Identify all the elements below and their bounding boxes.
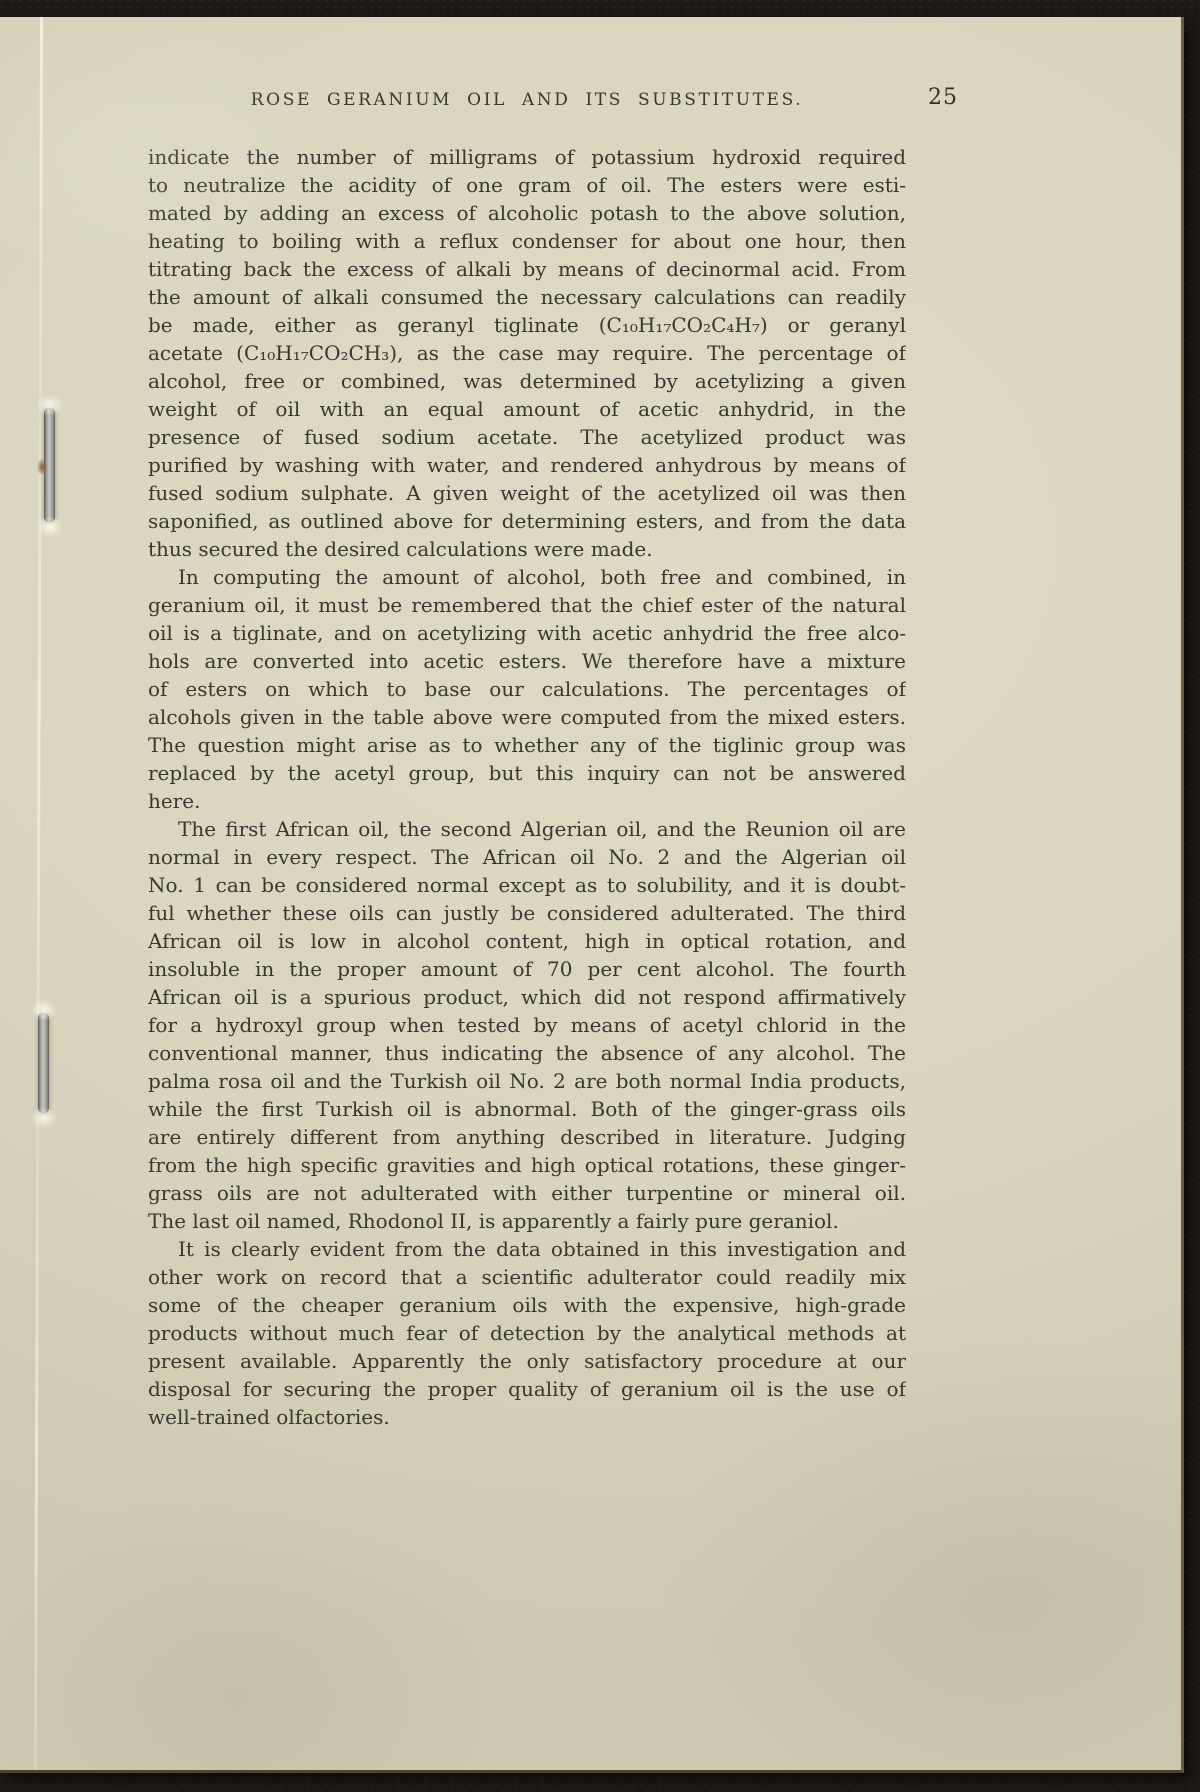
rust-spot: [37, 459, 47, 475]
text-line: fused sodium sulphate. A given weight of…: [148, 479, 906, 507]
paragraph: indicate the number of milligrams of pot…: [148, 143, 906, 563]
paragraph: It is clearly evident from the data obta…: [148, 1235, 906, 1431]
text-line: No. 1 can be considered normal except as…: [148, 871, 906, 899]
text-line: African oil is a spurious product, which…: [148, 983, 906, 1011]
text-line: mated by adding an excess of alcoholic p…: [148, 199, 906, 227]
text-line: acetate (C₁₀H₁₇CO₂CH₃), as the case may …: [148, 339, 906, 367]
text-line: African oil is low in alcohol content, h…: [148, 927, 906, 955]
text-line: weight of oil with an equal amount of ac…: [148, 395, 906, 423]
paragraph: The first African oil, the second Algeri…: [148, 815, 906, 1235]
text-line: In computing the amount of alcohol, both…: [148, 563, 906, 591]
text-line: The last oil named, Rhodonol II, is appa…: [148, 1207, 906, 1235]
text-line: the amount of alkali consumed the necess…: [148, 283, 906, 311]
text-line: normal in every respect. The African oil…: [148, 843, 906, 871]
book-page: ROSE GERANIUM OIL AND ITS SUBSTITUTES. 2…: [0, 17, 1184, 1773]
text-line: It is clearly evident from the data obta…: [148, 1235, 906, 1263]
paragraph: In computing the amount of alcohol, both…: [148, 563, 906, 815]
text-line: replaced by the acetyl group, but this i…: [148, 759, 906, 787]
text-line: palma rosa oil and the Turkish oil No. 2…: [148, 1067, 906, 1095]
text-line: alcohol, free or combined, was determine…: [148, 367, 906, 395]
text-line: other work on record that a scientific a…: [148, 1263, 906, 1291]
text-line: The first African oil, the second Algeri…: [148, 815, 906, 843]
running-head: ROSE GERANIUM OIL AND ITS SUBSTITUTES.: [148, 90, 906, 110]
page-number: 25: [918, 85, 968, 110]
text-line: insoluble in the proper amount of 70 per…: [148, 955, 906, 983]
text-line: heating to boiling with a reflux condens…: [148, 227, 906, 255]
text-line: The question might arise as to whether a…: [148, 731, 906, 759]
text-line: some of the cheaper geranium oils with t…: [148, 1291, 906, 1319]
text-line: well-trained olfactories.: [148, 1403, 906, 1431]
crease-line: [34, 17, 43, 1770]
staple-bottom-icon: [38, 1013, 49, 1113]
text-line: grass oils are not adulterated with eith…: [148, 1179, 906, 1207]
text-line: present available. Apparently the only s…: [148, 1347, 906, 1375]
text-line: oil is a tiglinate, and on acetylizing w…: [148, 619, 906, 647]
scanned-page-photo: ROSE GERANIUM OIL AND ITS SUBSTITUTES. 2…: [0, 0, 1200, 1792]
text-line: indicate the number of milligrams of pot…: [148, 143, 906, 171]
text-line: alcohols given in the table above were c…: [148, 703, 906, 731]
text-line: disposal for securing the proper quality…: [148, 1375, 906, 1403]
text-line: conventional manner, thus indicating the…: [148, 1039, 906, 1067]
text-line: presence of fused sodium acetate. The ac…: [148, 423, 906, 451]
text-line: while the first Turkish oil is abnormal.…: [148, 1095, 906, 1123]
staple-top-icon: [44, 408, 55, 522]
text-line: from the high specific gravities and hig…: [148, 1151, 906, 1179]
text-line: geranium oil, it must be remembered that…: [148, 591, 906, 619]
text-line: hols are converted into acetic esters. W…: [148, 647, 906, 675]
text-line: products without much fear of detection …: [148, 1319, 906, 1347]
text-line: to neutralize the acidity of one gram of…: [148, 171, 906, 199]
text-line: ful whether these oils can justly be con…: [148, 899, 906, 927]
text-line: of esters on which to base our calculati…: [148, 675, 906, 703]
text-line: for a hydroxyl group when tested by mean…: [148, 1011, 906, 1039]
text-line: saponified, as outlined above for determ…: [148, 507, 906, 535]
text-line: titrating back the excess of alkali by m…: [148, 255, 906, 283]
text-line: here.: [148, 787, 906, 815]
text-line: are entirely different from anything des…: [148, 1123, 906, 1151]
body-text: indicate the number of milligrams of pot…: [148, 143, 906, 1431]
text-line: be made, either as geranyl tiglinate (C₁…: [148, 311, 906, 339]
text-line: thus secured the desired calculations we…: [148, 535, 906, 563]
text-line: purified by washing with water, and rend…: [148, 451, 906, 479]
